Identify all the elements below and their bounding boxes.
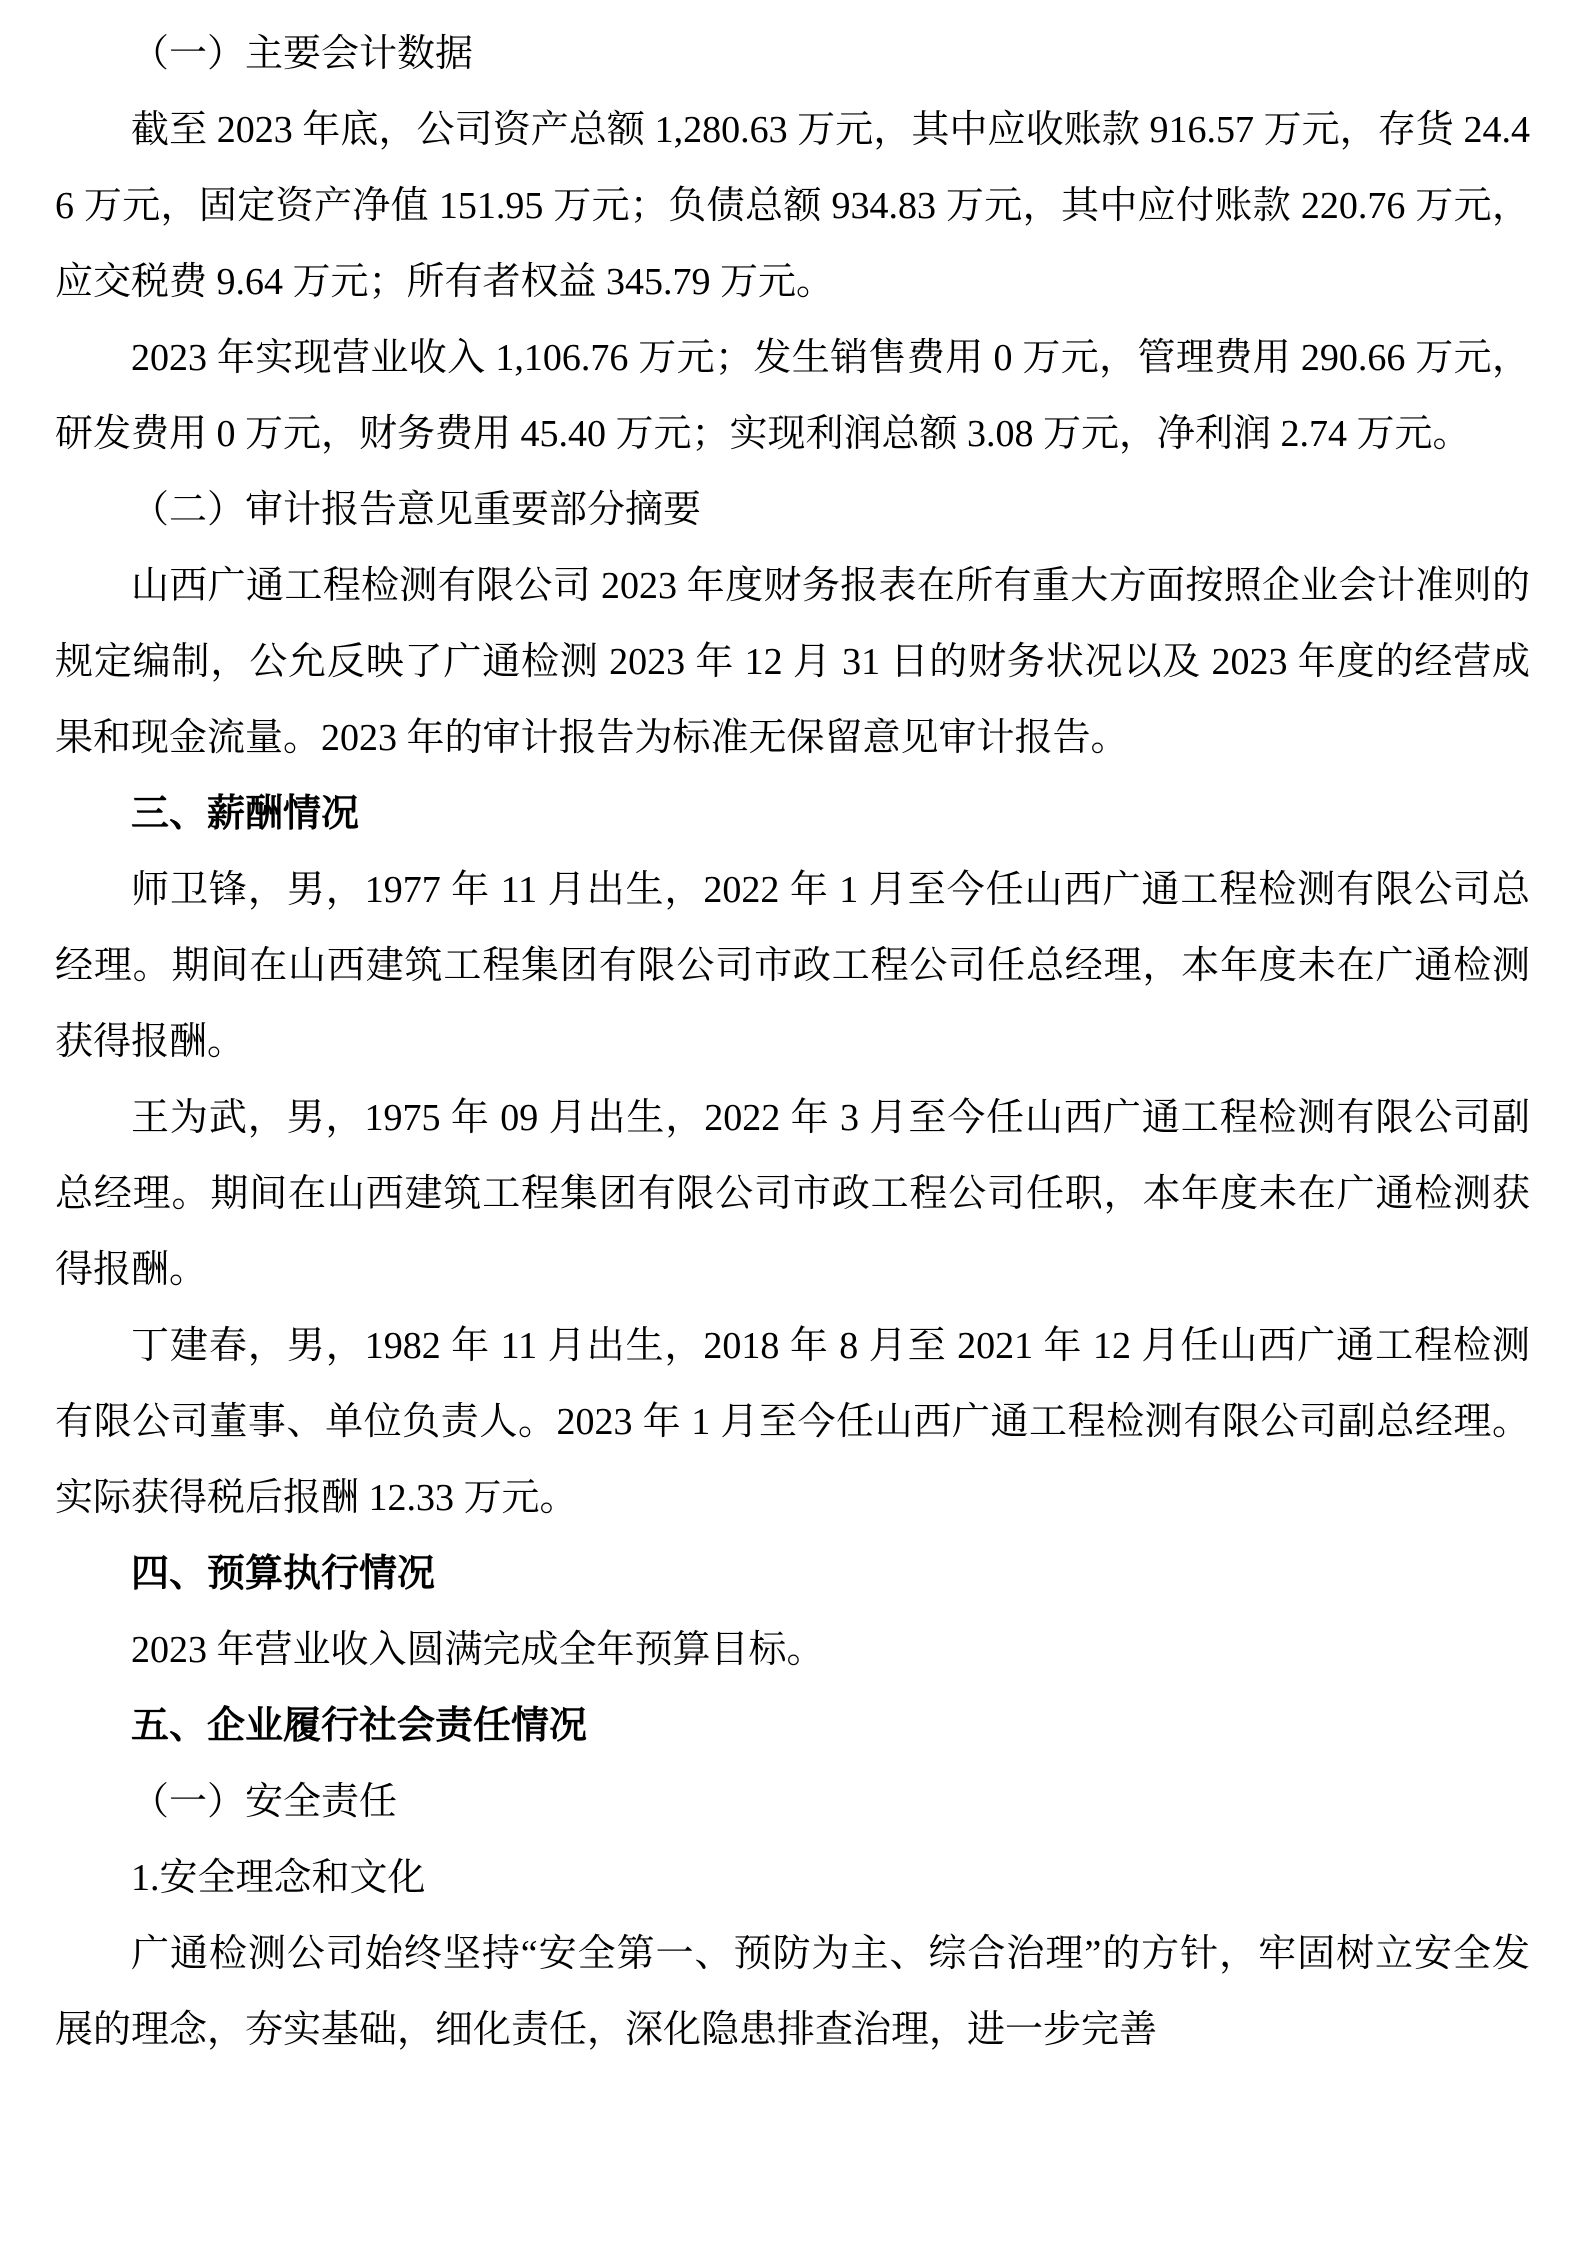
para-budget-result: 2023 年营业收入圆满完成全年预算目标。 xyxy=(55,1612,1530,1688)
heading-budget-execution: 四、预算执行情况 xyxy=(55,1536,1530,1612)
para-financial-position: 截至 2023 年底，公司资产总额 1,280.63 万元，其中应收账款 916… xyxy=(55,92,1530,320)
para-safety-concept-title: 1.安全理念和文化 xyxy=(55,1840,1530,1916)
para-wang-weiwu: 王为武，男，1975 年 09 月出生，2022 年 3 月至今任山西广通工程检… xyxy=(55,1080,1530,1308)
para-safety-policy: 广通检测公司始终坚持“安全第一、预防为主、综合治理”的方针，牢固树立安全发展的理… xyxy=(55,1916,1530,2068)
para-shi-weifeng: 师卫锋，男，1977 年 11 月出生，2022 年 1 月至今任山西广通工程检… xyxy=(55,852,1530,1080)
para-audit-opinion: 山西广通工程检测有限公司 2023 年度财务报表在所有重大方面按照企业会计准则的… xyxy=(55,548,1530,776)
subheading-accounting-data: （一）主要会计数据 xyxy=(55,16,1530,92)
document-page: （一）主要会计数据 截至 2023 年底，公司资产总额 1,280.63 万元，… xyxy=(0,0,1587,2245)
para-operating-results: 2023 年实现营业收入 1,106.76 万元；发生销售费用 0 万元，管理费… xyxy=(55,320,1530,472)
subheading-audit-opinion-summary: （二）审计报告意见重要部分摘要 xyxy=(55,472,1530,548)
para-ding-jianchun: 丁建春，男，1982 年 11 月出生，2018 年 8 月至 2021 年 1… xyxy=(55,1308,1530,1536)
subheading-safety-responsibility: （一）安全责任 xyxy=(55,1764,1530,1840)
heading-social-responsibility: 五、企业履行社会责任情况 xyxy=(55,1688,1530,1764)
heading-compensation: 三、薪酬情况 xyxy=(55,776,1530,852)
